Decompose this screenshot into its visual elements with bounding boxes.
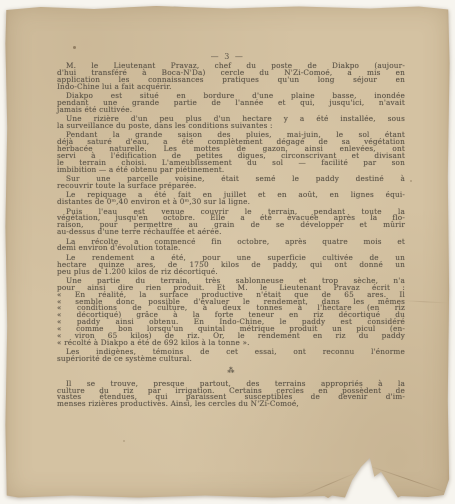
edge-smudge <box>40 4 92 7</box>
scan-background: — 3 — M. le Lieutenant Pravaz, chef du p… <box>0 0 455 504</box>
stain-speck <box>410 180 412 182</box>
crease-line <box>368 465 449 494</box>
paragraph: Puis l'eau est venue couvrir le terrain,… <box>57 209 405 236</box>
text-line: distantes de 0ᵐ,40 environ et à 0ᵐ,30 su… <box>57 199 405 206</box>
crease-line <box>400 300 448 304</box>
crease-line <box>300 472 357 497</box>
paragraph: Diakpo est situé en bordure d'une plaine… <box>57 93 405 114</box>
text-line: recouvrir toute la surface préparée. <box>57 183 405 190</box>
paragraph: Il se trouve, presque partout, des terra… <box>57 381 405 408</box>
paper-shadow: — 3 — M. le Lieutenant Pravaz, chef du p… <box>0 0 455 504</box>
text-block: M. le Lieutenant Pravaz, chef du poste d… <box>57 63 405 411</box>
paragraph: Le repiquage a été fait en juillet et en… <box>57 192 405 206</box>
paragraph: Pendant la grande saison des pluies, mai… <box>57 132 405 173</box>
text-line: au-dessus d'une terre réchauffée et aéré… <box>57 229 405 236</box>
text-line: imbibition — a été obtenu par piétinemen… <box>57 167 405 174</box>
section-separator: ⁂ <box>57 367 405 375</box>
paragraph: Les indigènes, témoins de cet essai, ont… <box>57 349 405 363</box>
stain-speck <box>73 46 76 49</box>
paragraph: Une rizière d'un peu plus d'un hectare y… <box>57 116 405 130</box>
paragraph: Une partie du terrain, très sablonneuse … <box>57 278 405 346</box>
text-line: demi environ d'évolution totale. <box>57 245 405 252</box>
stain-speck <box>123 440 125 442</box>
text-line: supériorité de ce système cultural. <box>57 356 405 363</box>
edge-smudge <box>173 4 215 7</box>
text-line: menses rizières productives. Ainsi, les … <box>57 401 405 408</box>
text-line: « récolté à Diakpo a été de 692 kilos à … <box>57 340 405 347</box>
paragraph: Sur une parcelle voisine, était semé le … <box>57 176 405 190</box>
paragraph: Le rendement a été, pour une superficie … <box>57 255 405 276</box>
paragraph: M. le Lieutenant Pravaz, chef du poste d… <box>57 63 405 90</box>
text-line: Indo-Chine lui a fait acquérir. <box>57 84 405 91</box>
page-number: — 3 — <box>5 52 450 61</box>
scanned-page: — 3 — M. le Lieutenant Pravaz, chef du p… <box>5 4 450 499</box>
text-line: peu plus de 1.200 kilos de riz décortiqu… <box>57 269 405 276</box>
paragraph: La récolte a commencé fin octobre, après… <box>57 239 405 253</box>
text-line: la surveillance du poste, dans les condi… <box>57 123 405 130</box>
text-line: jamais été cultivée. <box>57 107 405 114</box>
